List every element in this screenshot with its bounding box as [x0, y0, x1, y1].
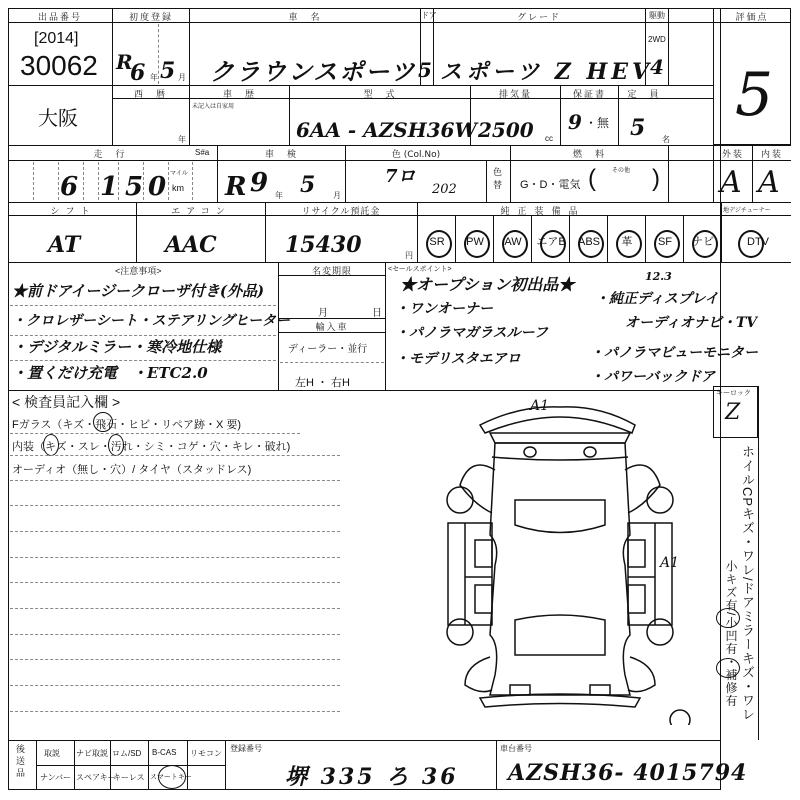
wheel-mirror-note: ホイルCPキズ・ワレ/ドアミラーキズ・ワレ: [738, 445, 757, 722]
equipment-airbag: エアB: [532, 222, 570, 262]
inspector-title: < 検査員記入欄 >: [12, 392, 120, 412]
dirt-mark-circle: [108, 434, 124, 456]
sales-line: ・ワンオーナー: [395, 298, 493, 318]
sales-line: ・パノラマガラスルーフ: [395, 322, 548, 342]
accessory-item: キーレス: [113, 772, 145, 783]
interior-label: 内装: [753, 147, 791, 160]
inspector-line-glass: Fガラス（キズ・飛石・ヒビ・リペア跡・X 要): [12, 416, 241, 432]
chip-mark-circle: [93, 412, 113, 432]
door-label: ドア: [421, 10, 433, 21]
plate-label: 登録番号: [230, 743, 262, 754]
fuel-other-label: その他: [612, 165, 630, 174]
fuel-label: 燃 料: [511, 147, 668, 160]
sales-line: オーディオナビ・TV: [625, 312, 757, 332]
lot-number: 30062: [20, 50, 98, 82]
damage-sub-note: 小キズ有/小凹有・補修有: [723, 560, 740, 707]
first-reg-year: 6: [130, 60, 145, 86]
sales-line: 12.3: [645, 270, 672, 283]
mileage-label: 走 行: [60, 147, 160, 160]
damage-mark-right: A1: [660, 555, 679, 571]
caution-line: ・クロレザーシート・ステアリングヒーター: [12, 310, 290, 330]
sales-line: ・パノラマビューモニター: [590, 342, 758, 362]
history-label: 車 歴: [190, 87, 289, 100]
chassis-label: 車台番号: [500, 743, 532, 754]
accessory-item: ロム/SD: [112, 748, 141, 759]
drive-label: 駆動: [646, 10, 668, 21]
accessory-item: ナンバー: [40, 772, 71, 783]
warranty-value: ・無: [585, 114, 609, 131]
first-reg-month: 5: [160, 58, 175, 84]
grade: スポーツ Z HEV: [440, 55, 653, 86]
doors: 5: [418, 58, 432, 82]
equipment-sf: SF: [646, 222, 684, 262]
accessory-item: スペアキー: [76, 772, 116, 783]
fuel-options: G・D・電気: [520, 176, 581, 192]
exterior-grade: A: [720, 165, 742, 200]
caution-line: ★前ドアイージークローザ付き(外品): [12, 280, 264, 301]
year-tag: [2014]: [34, 30, 78, 48]
exterior-label: 外装: [714, 147, 752, 160]
sales-line: ・モデリスタエアロ: [395, 348, 521, 368]
color-change-label: 色替: [491, 167, 504, 193]
history-note: 未記入は自家用: [192, 101, 234, 110]
equipment-leather: 革: [608, 222, 646, 262]
first-reg-label: 初度登録: [115, 10, 187, 23]
ac-label: エアコン: [137, 204, 265, 217]
ac: AAC: [165, 232, 217, 258]
caution-label: <注意事項>: [115, 264, 162, 277]
handle-value: 左H ・ 右H: [295, 374, 350, 390]
inspection-label: 車 検: [218, 147, 345, 160]
color-number: 202: [432, 182, 457, 197]
displacement: 2500: [478, 118, 534, 142]
model-label: 型 式: [290, 87, 470, 100]
location: 大阪: [38, 102, 78, 131]
mileage-digit: 1: [100, 172, 118, 202]
equipment-abs: ABS: [570, 222, 608, 262]
sales-line: ・パワーバックドア: [590, 366, 715, 386]
inspection-month: 5: [300, 172, 315, 198]
drive-value: 4: [650, 55, 664, 79]
score-label: 評価点: [714, 10, 790, 23]
car-body-diagram: [420, 395, 700, 725]
equipment-sr: SR: [418, 222, 456, 262]
import-value: ディーラー・並行: [288, 340, 367, 355]
seireki-label: 西 暦: [113, 87, 188, 100]
accessory-item: リモコン: [190, 748, 222, 759]
recycle-fee: 15430: [285, 232, 362, 258]
scratch-mark-circle: [43, 434, 59, 456]
sales-line: ★オープション初出品★: [400, 272, 574, 295]
mileage-digit: 6: [60, 172, 78, 202]
mileage-digit: 5: [125, 172, 143, 202]
shift: AT: [48, 232, 80, 258]
grade-label: グレード: [434, 10, 644, 23]
damage-mark-front: A1: [530, 398, 549, 414]
color-label: 色 (Col.No): [346, 147, 486, 160]
inspection-era: R: [225, 172, 247, 202]
shift-label: シフト: [10, 204, 136, 217]
car-name-label: 車 名: [190, 10, 420, 23]
displacement-label: 排気量: [471, 87, 560, 100]
equipment-aw: AW: [494, 222, 532, 262]
accessory-item: 取説: [44, 748, 60, 759]
mileage-digit: 0: [148, 172, 166, 202]
car-name: クラウンスポーツ: [210, 52, 416, 87]
caution-line: ・デジタルミラー・寒冷地仕様: [12, 336, 221, 357]
lot-number-label: 出品番号: [20, 10, 100, 23]
score: 5: [735, 60, 773, 130]
warranty-mark: 9: [568, 110, 582, 134]
interior-grade: A: [758, 165, 780, 200]
seats: 5: [630, 115, 645, 141]
seats-label: 定 員: [619, 87, 669, 100]
s-label: S#a: [195, 148, 209, 157]
warranty-label: 保証書: [561, 87, 618, 100]
caution-line: ・置くだけ充電 ・ETC2.0: [12, 362, 208, 383]
color: 7ロ: [385, 162, 416, 188]
recycle-label: リサイクル預託金: [266, 204, 416, 217]
smart-key-circle: [158, 765, 186, 789]
inspection-year: 9: [250, 168, 268, 198]
chassis-number: AZSH36- 4015794: [508, 760, 747, 786]
equipment-dtv: DTV: [730, 222, 786, 262]
plate-number: 堺 335 ろ 36: [285, 760, 459, 791]
keylock-value: Z: [725, 400, 740, 425]
tuner-label: 地デジチューナー: [723, 205, 771, 214]
keylock-label: キーロック: [716, 388, 751, 398]
model: 6AA - AZSH36W: [296, 118, 477, 142]
accessory-item: ナビ取説: [76, 748, 108, 759]
accessories-label: 後送品: [14, 744, 27, 780]
inspector-line-audio: オーディオ（無し・穴）/ タイヤ（スタッドレス): [12, 461, 251, 477]
sales-line: ・純正ディスプレイ: [595, 288, 719, 308]
equipment-pw: PW: [456, 222, 494, 262]
equipment-navi: ナビ: [684, 222, 722, 262]
drive-option: 2WD: [648, 35, 666, 44]
accessory-item: B-CAS: [152, 748, 176, 757]
